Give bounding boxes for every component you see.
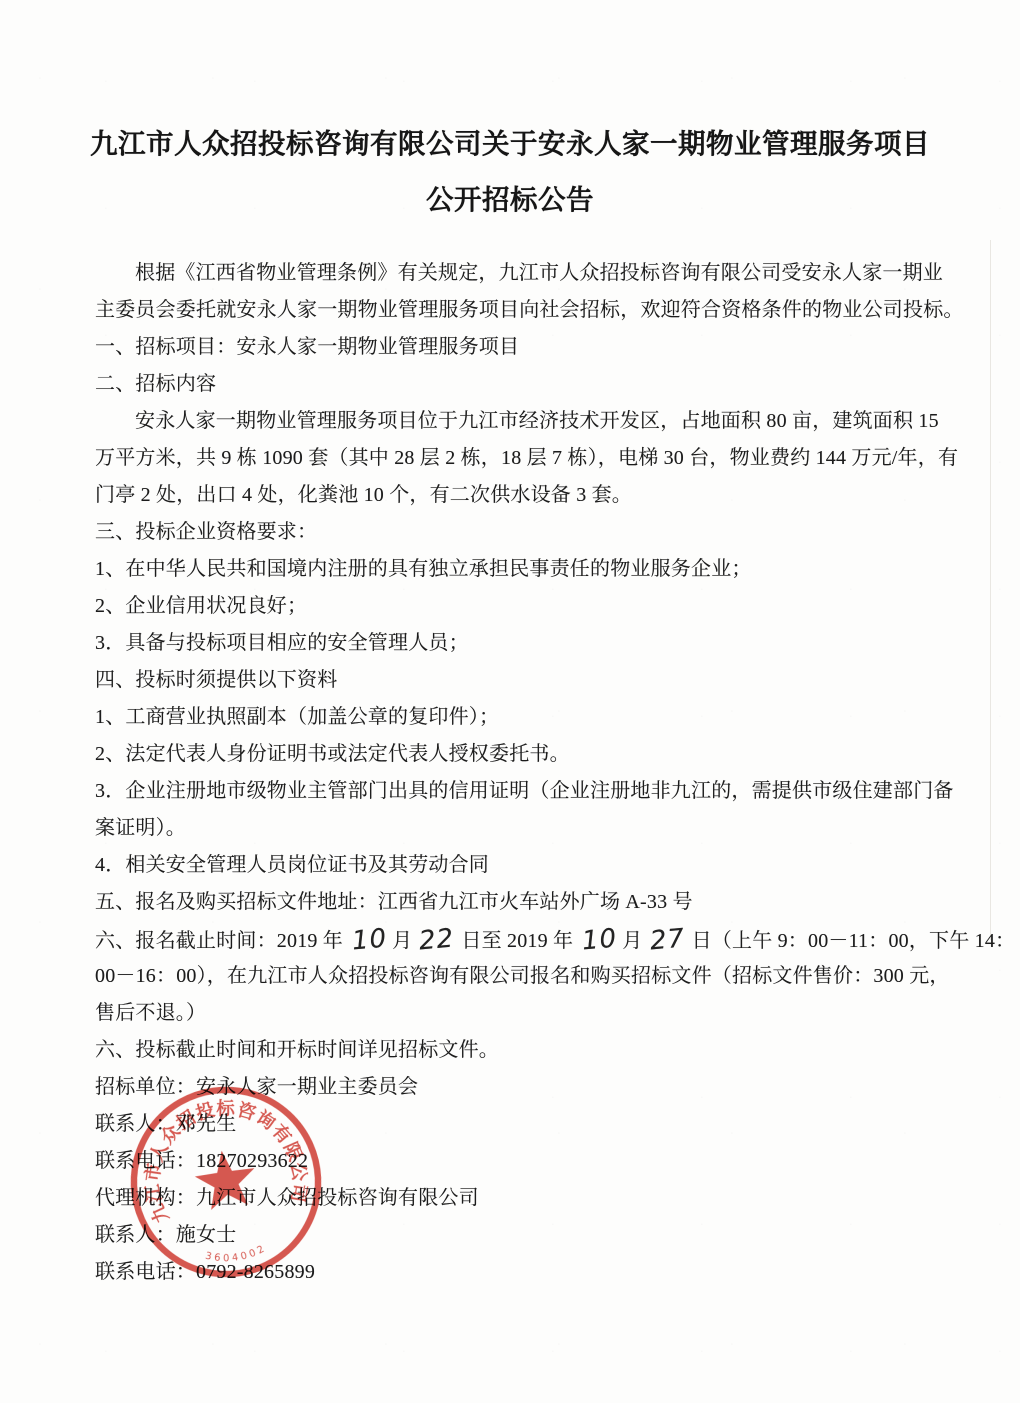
- doc-line-tender-project: 一、招标项目：安永人家一期物业管理服务项目: [95, 329, 931, 366]
- doc-line: 万平方米，共 9 栋 1090 套（其中 28 层 2 栋，18 层 7 栋），…: [95, 440, 931, 477]
- title-line-1: 九江市人众招投标咨询有限公司关于安永人家一期物业管理服务项目: [0, 116, 1020, 172]
- handwritten-day-2: 27: [648, 921, 686, 961]
- doc-line-bid-deadline: 六、投标截止时间和开标时间详见招标文件。: [95, 1032, 931, 1069]
- doc-line-materials-heading: 四、投标时须提供以下资料: [95, 662, 931, 699]
- seal-serial-number: 3604002: [203, 1242, 270, 1268]
- deadline-suffix: 日（上午 9：00－11：00，下午 14：: [692, 930, 1016, 952]
- doc-line: 案证明）。: [95, 810, 931, 847]
- scan-edge-artifact: [990, 240, 991, 940]
- doc-line-tender-content-heading: 二、招标内容: [95, 366, 931, 403]
- doc-line: 3．企业注册地市级物业主管部门出具的信用证明（企业注册地非九江的，需提供市级住建…: [95, 773, 931, 810]
- seal-star-icon: [192, 1146, 260, 1211]
- scanned-document-page: 九江市人众招投标咨询有限公司关于安永人家一期物业管理服务项目 公开招标公告 根据…: [0, 0, 1020, 1403]
- doc-line: 售后不退。）: [95, 995, 931, 1032]
- doc-line: 根据《江西省物业管理条例》有关规定，九江市人众招投标咨询有限公司受安永人家一期业: [95, 255, 931, 292]
- deadline-sep1: 月: [392, 930, 412, 952]
- svg-text:3604002: 3604002: [203, 1242, 270, 1268]
- doc-line: 1、工商营业执照副本（加盖公章的复印件）；: [95, 699, 931, 736]
- doc-line: 4．相关安全管理人员岗位证书及其劳动合同: [95, 847, 931, 884]
- handwritten-day-1: 22: [418, 921, 456, 961]
- doc-line: 1、在中华人民共和国境内注册的具有独立承担民事责任的物业服务企业；: [95, 551, 931, 588]
- doc-line-qualification-heading: 三、投标企业资格要求：: [95, 514, 931, 551]
- doc-line: 安永人家一期物业管理服务项目位于九江市经济技术开发区，占地面积 80 亩，建筑面…: [95, 403, 931, 440]
- doc-line: 3．具备与投标项目相应的安全管理人员；: [95, 625, 931, 662]
- doc-line-registration-address: 五、报名及购买招标文件地址：江西省九江市火车站外广场 A-33 号: [95, 884, 931, 921]
- deadline-sep3: 月: [622, 930, 642, 952]
- handwritten-month-2: 10: [581, 921, 619, 961]
- doc-line: 00－16：00），在九江市人众招投标咨询有限公司报名和购买招标文件（招标文件售…: [95, 958, 931, 995]
- doc-line-registration-deadline: 六、报名截止时间：2019 年10月22日至 2019 年10月27日（上午 9…: [95, 921, 931, 958]
- deadline-prefix: 六、报名截止时间：2019 年: [95, 930, 343, 952]
- handwritten-month-1: 10: [351, 921, 389, 961]
- company-seal: 九江市人众招投标咨询有限公司 3604002: [114, 1070, 338, 1294]
- doc-line: 主委员会委托就安永人家一期物业管理服务项目向社会招标，欢迎符合资格条件的物业公司…: [95, 292, 931, 329]
- doc-line: 2、企业信用状况良好；: [95, 588, 931, 625]
- doc-line: 2、法定代表人身份证明书或法定代表人授权委托书。: [95, 736, 931, 773]
- deadline-sep2: 日至 2019 年: [461, 930, 573, 952]
- doc-line: 门亭 2 处，出口 4 处，化粪池 10 个，有二次供水设备 3 套。: [95, 477, 931, 514]
- document-title: 九江市人众招投标咨询有限公司关于安永人家一期物业管理服务项目 公开招标公告: [0, 116, 1020, 228]
- title-line-2: 公开招标公告: [0, 172, 1020, 228]
